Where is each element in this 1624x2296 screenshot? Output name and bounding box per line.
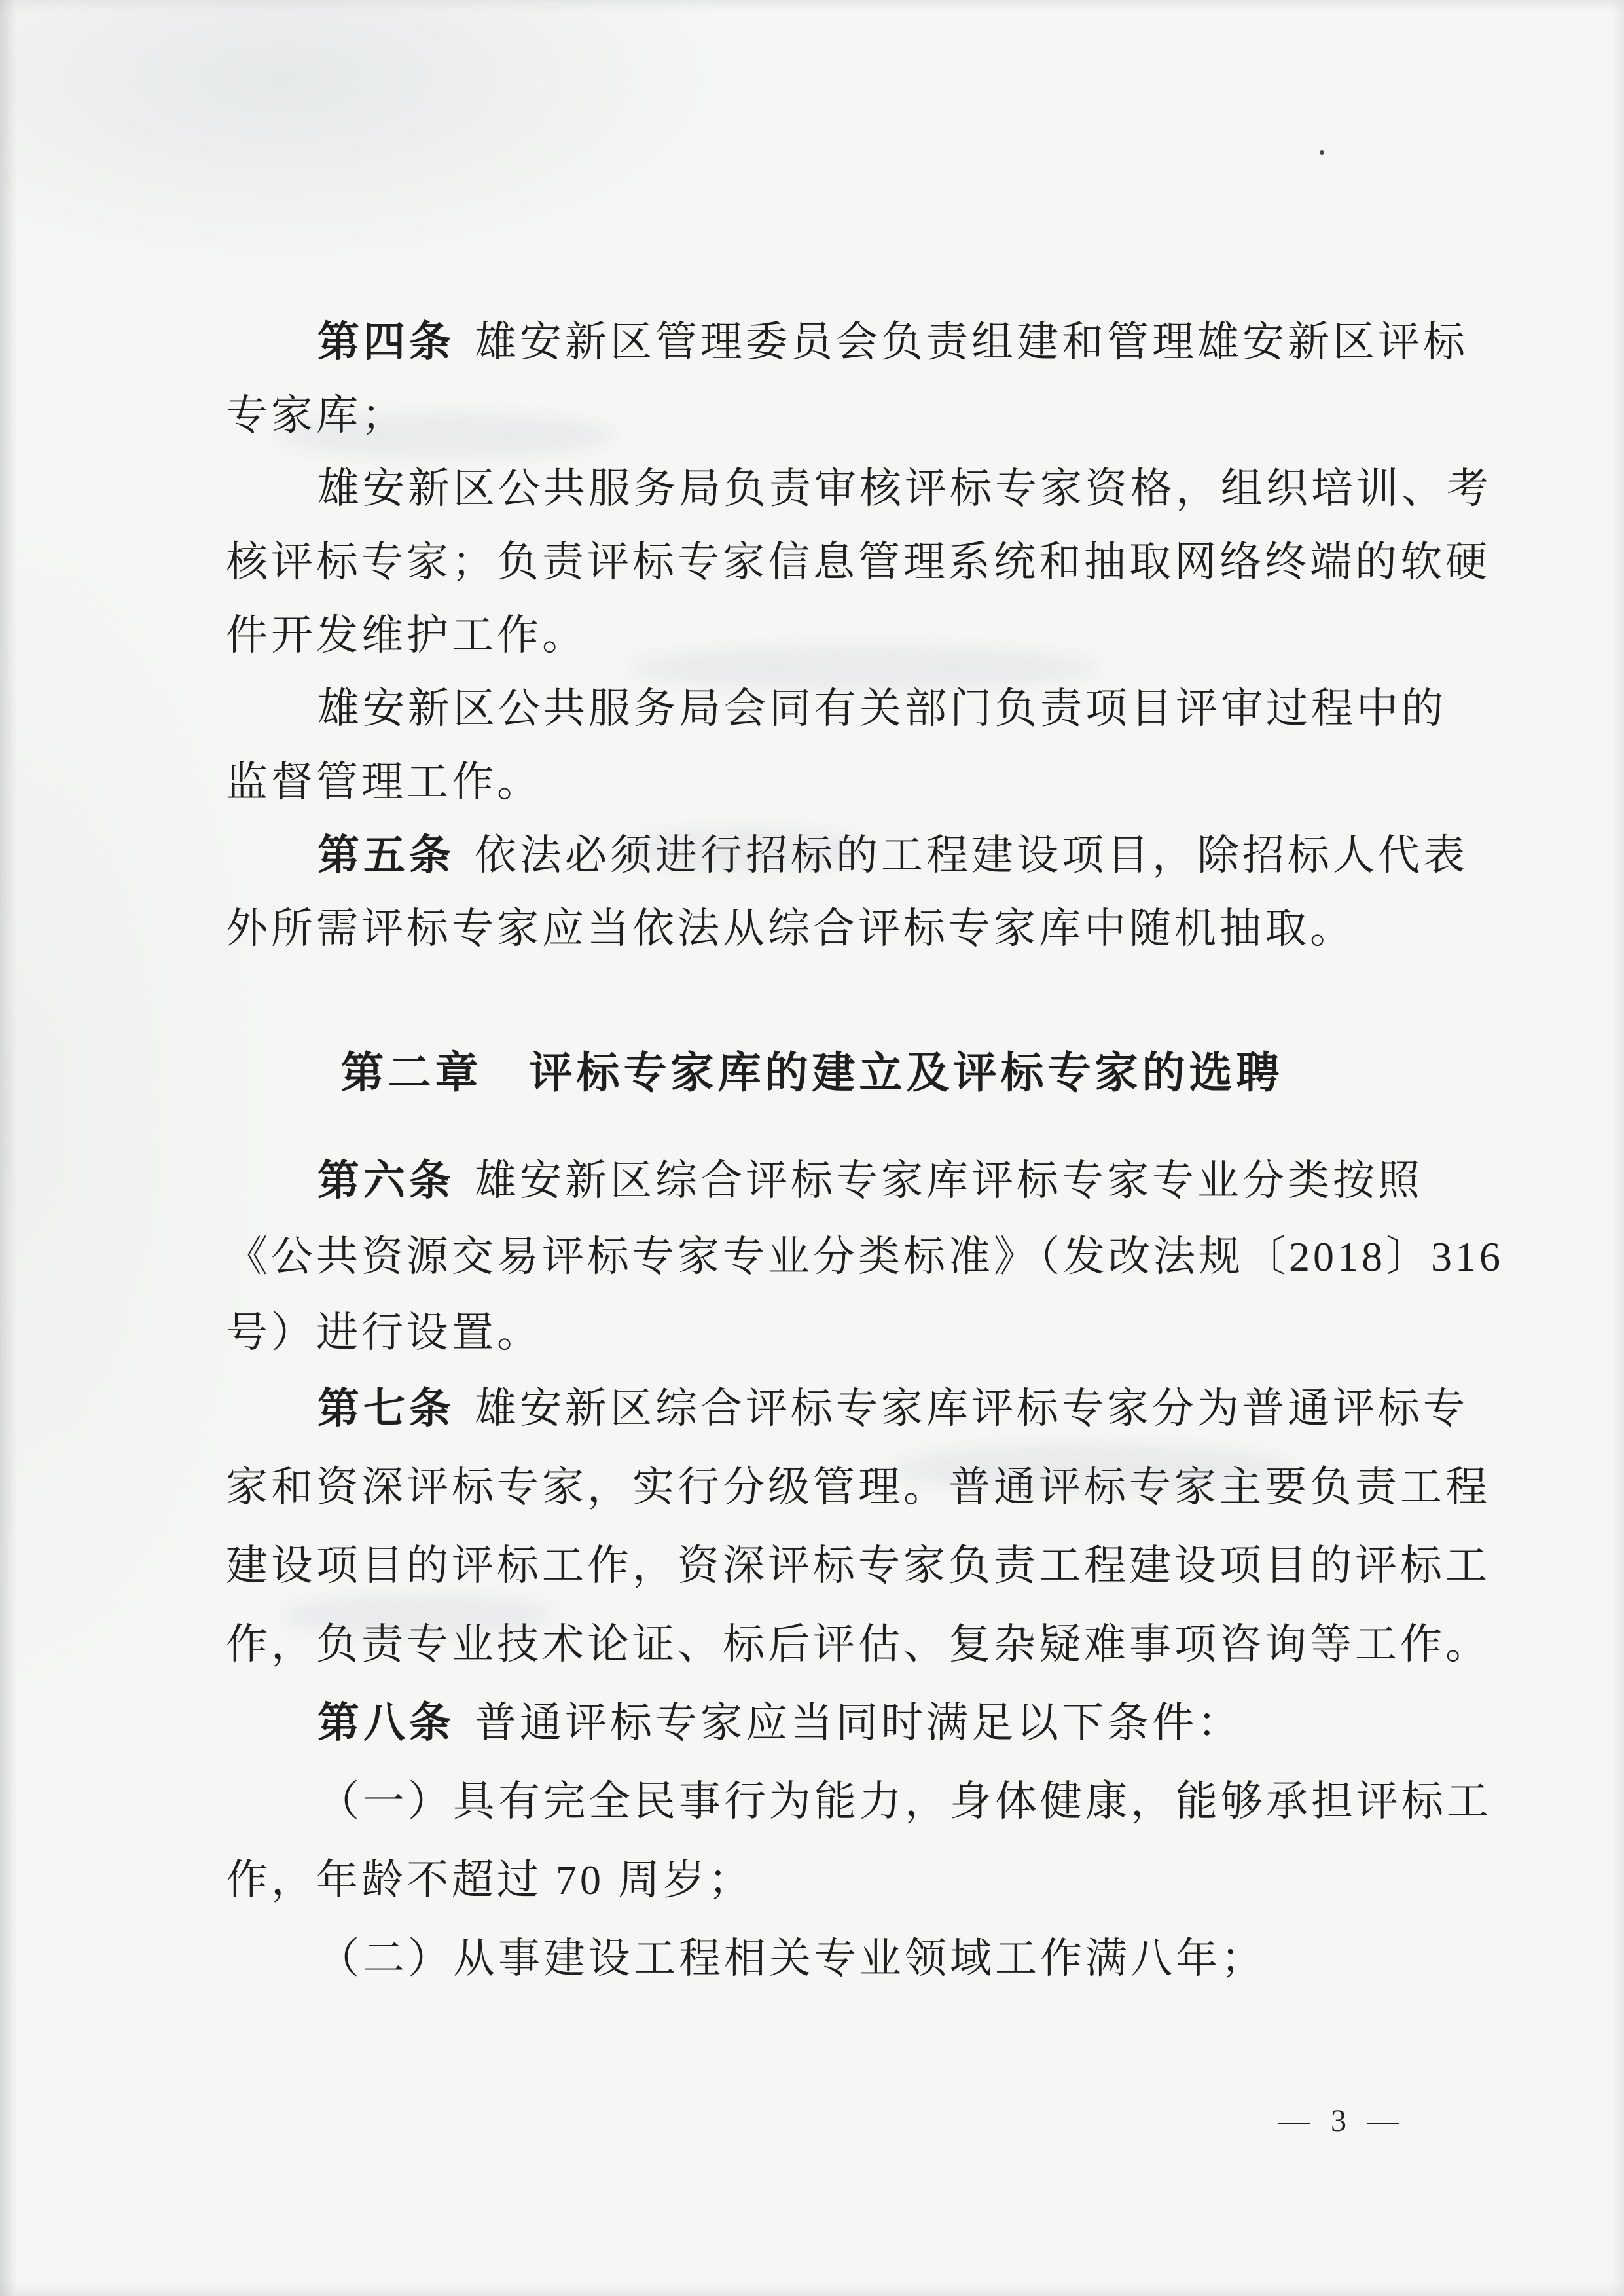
doc-line: 核评标专家；负责评标专家信息管理系统和抽取网络终端的软硬	[226, 539, 1443, 585]
doc-line: （二）从事建设工程相关专业领域工作满八年；	[226, 1935, 1535, 1982]
line-text: 雄安新区公共服务局负责审核评标专家资格，组织培训、考	[317, 465, 1492, 512]
line-text: （一）具有完全民事行为能力，身体健康，能够承担评标工	[317, 1778, 1492, 1825]
line-text: 《公共资源交易评标专家专业分类标准》（发改法规〔2018〕316	[226, 1233, 1504, 1280]
line-text: 号）进行设置。	[226, 1309, 542, 1356]
article-number-6: 第六条	[317, 1157, 455, 1204]
line-text: 雄安新区公共服务局会同有关部门负责项目评审过程中的	[317, 685, 1447, 732]
doc-line: 第五条依法必须进行招标的工程建设项目，除招标人代表	[226, 832, 1535, 879]
doc-line: 件开发维护工作。	[226, 612, 1443, 659]
doc-line: 作，年龄不超过 70 周岁；	[226, 1857, 1443, 1903]
line-text: 雄安新区综合评标专家库评标专家专业分类按照	[475, 1157, 1423, 1204]
line-text: 监督管理工作。	[226, 759, 542, 805]
doc-line: 外所需评标专家应当依法从综合评标专家库中随机抽取。	[226, 905, 1443, 952]
scanned-document-page: 第四条雄安新区管理委员会负责组建和管理雄安新区评标 专家库； 雄安新区公共服务局…	[0, 0, 1624, 2296]
line-text: 核评标专家；负责评标专家信息管理系统和抽取网络终端的软硬	[226, 539, 1490, 585]
chapter-heading: 第二章 评标专家库的建立及评标专家的选聘	[0, 1049, 1624, 1096]
doc-line: 家和资深评标专家，实行分级管理。普通评标专家主要负责工程	[226, 1464, 1443, 1510]
doc-line: 号）进行设置。	[226, 1309, 1443, 1356]
article-number-8: 第八条	[317, 1699, 455, 1746]
line-text: 雄安新区管理委员会负责组建和管理雄安新区评标	[475, 319, 1468, 365]
doc-line: 第六条雄安新区综合评标专家库评标专家专业分类按照	[226, 1157, 1535, 1204]
doc-line: 雄安新区公共服务局负责审核评标专家资格，组织培训、考	[226, 465, 1535, 512]
article-number-5: 第五条	[317, 831, 455, 879]
doc-line: 专家库；	[226, 392, 1443, 439]
line-text: 普通评标专家应当同时满足以下条件：	[475, 1700, 1242, 1746]
line-text: 雄安新区综合评标专家库评标专家分为普通评标专	[475, 1385, 1468, 1432]
line-text: 外所需评标专家应当依法从综合评标专家库中随机抽取。	[226, 905, 1355, 952]
line-text: （二）从事建设工程相关专业领域工作满八年；	[317, 1935, 1266, 1982]
article-number-7: 第七条	[317, 1385, 455, 1432]
line-text: 家和资深评标专家，实行分级管理。普通评标专家主要负责工程	[226, 1464, 1490, 1510]
line-text: 专家库；	[226, 392, 406, 439]
line-text: 作，年龄不超过 70 周岁；	[226, 1857, 753, 1903]
doc-line: 第八条普通评标专家应当同时满足以下条件：	[226, 1700, 1535, 1746]
line-text: 作，负责专业技术论证、标后评估、复杂疑难事项咨询等工作。	[226, 1621, 1490, 1667]
doc-line: 作，负责专业技术论证、标后评估、复杂疑难事项咨询等工作。	[226, 1621, 1443, 1667]
doc-line: 雄安新区公共服务局会同有关部门负责项目评审过程中的	[226, 685, 1535, 732]
doc-line: 建设项目的评标工作，资深评标专家负责工程建设项目的评标工	[226, 1542, 1443, 1589]
doc-line: （一）具有完全民事行为能力，身体健康，能够承担评标工	[226, 1778, 1535, 1825]
line-text: 件开发维护工作。	[226, 612, 587, 659]
page-number: — 3 —	[1247, 2103, 1437, 2139]
doc-line: 第七条雄安新区综合评标专家库评标专家分为普通评标专	[226, 1385, 1535, 1432]
doc-line: 监督管理工作。	[226, 759, 1443, 805]
article-number-4: 第四条	[317, 318, 455, 365]
line-text: 依法必须进行招标的工程建设项目，除招标人代表	[475, 832, 1468, 879]
doc-line: 第四条雄安新区管理委员会负责组建和管理雄安新区评标	[226, 319, 1535, 365]
line-text: 建设项目的评标工作，资深评标专家负责工程建设项目的评标工	[226, 1542, 1490, 1589]
ink-speck	[1320, 150, 1324, 155]
doc-line: 《公共资源交易评标专家专业分类标准》（发改法规〔2018〕316	[226, 1233, 1443, 1280]
